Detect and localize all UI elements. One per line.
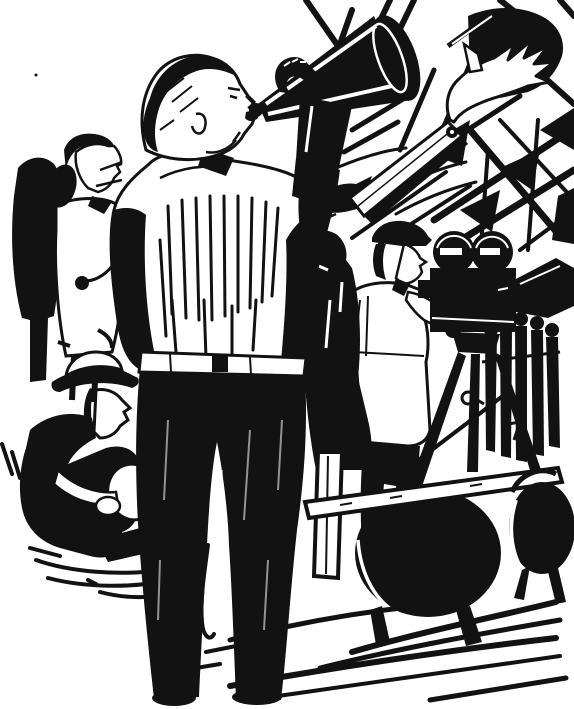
- crowd-head: [530, 316, 544, 330]
- film-set-figure: Black-and-white ink illustration of a fi…: [0, 0, 574, 709]
- film-set-illustration: [0, 0, 574, 709]
- stray-ink-dot: [35, 74, 38, 77]
- woman-hand: [75, 276, 89, 290]
- belt-buckle: [212, 356, 228, 372]
- crowd-head: [514, 312, 528, 326]
- crowd-head: [545, 323, 559, 337]
- camera-viewfinder: [418, 280, 432, 298]
- director-right-shoe: [232, 689, 282, 705]
- megaphone-mouthpiece: [249, 103, 263, 117]
- director-left-shoe: [152, 690, 196, 706]
- illustration-canvas: Black-and-white ink illustration of a fi…: [0, 0, 574, 709]
- crouching-hand: [96, 497, 120, 515]
- wristwatch-face: [450, 130, 454, 134]
- tripod-head: [452, 332, 500, 354]
- reel-slit-left: [440, 248, 462, 255]
- reel-slit-right: [480, 248, 500, 255]
